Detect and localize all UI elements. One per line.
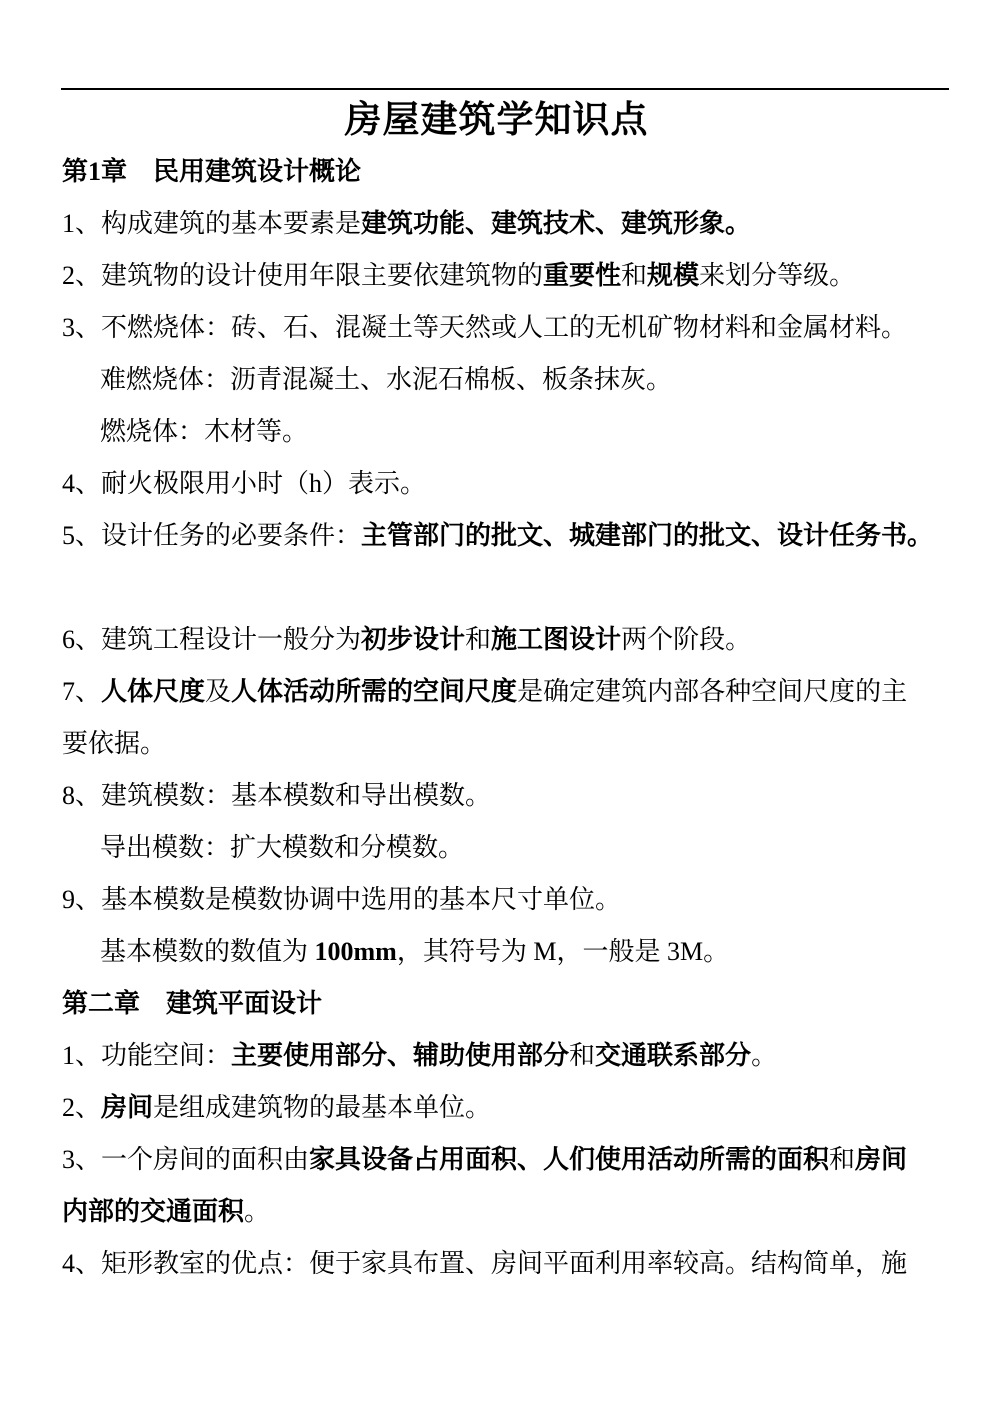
text-line: 燃烧体：木材等。 xyxy=(62,406,953,458)
text-line: 难燃烧体：沥青混凝土、水泥石棉板、板条抹灰。 xyxy=(62,354,953,406)
text-segment: ，其符号为 M，一般是 3M。 xyxy=(397,937,729,966)
text-segment: 建筑功能、建筑技术、建筑形象。 xyxy=(361,209,751,238)
text-segment: 第1章 民用建筑设计概论 xyxy=(62,157,361,186)
text-line: 1、构成建筑的基本要素是建筑功能、建筑技术、建筑形象。 xyxy=(62,198,953,250)
text-segment: 5、设计任务的必要条件： xyxy=(62,521,361,550)
text-segment: 8、建筑模数：基本模数和导出模数。 xyxy=(62,781,491,810)
text-segment: 3、一个房间的面积由 xyxy=(62,1145,309,1174)
text-line: 1、功能空间：主要使用部分、辅助使用部分和交通联系部分。 xyxy=(62,1030,953,1082)
text-segment: 燃烧体：木材等。 xyxy=(100,417,308,446)
document-page: 房屋建筑学知识点 第1章 民用建筑设计概论1、构成建筑的基本要素是建筑功能、建筑… xyxy=(0,0,993,1404)
text-line: 4、矩形教室的优点：便于家具布置、房间平面利用率较高。结构简单，施 xyxy=(62,1238,953,1290)
text-segment: 人体尺度 xyxy=(101,677,205,706)
text-line: 基本模数的数值为 100mm，其符号为 M，一般是 3M。 xyxy=(62,926,953,978)
text-segment: 4、耐火极限用小时（h）表示。 xyxy=(62,469,426,498)
text-segment: 和 xyxy=(829,1145,855,1174)
text-line: 2、建筑物的设计使用年限主要依建筑物的重要性和规模来划分等级。 xyxy=(62,250,953,302)
text-segment: 100mm xyxy=(315,937,397,966)
text-line: 3、不燃烧体：砖、石、混凝土等天然或人工的无机矿物材料和金属材料。 xyxy=(62,302,953,354)
text-line: 4、耐火极限用小时（h）表示。 xyxy=(62,458,953,510)
page-title: 房屋建筑学知识点 xyxy=(0,0,993,146)
text-line: 要依据。 xyxy=(62,718,953,770)
text-segment: 两个阶段。 xyxy=(621,625,751,654)
text-segment: 来划分等级。 xyxy=(699,261,855,290)
text-segment: 规模 xyxy=(647,261,699,290)
text-line: 5、设计任务的必要条件：主管部门的批文、城建部门的批文、设计任务书。 xyxy=(62,510,953,562)
text-segment: 基本模数的数值为 xyxy=(100,937,315,966)
text-segment: 导出模数：扩大模数和分模数。 xyxy=(100,833,464,862)
text-segment: 主管部门的批文、城建部门的批文、设计任务书。 xyxy=(361,521,933,550)
text-segment: 4、矩形教室的优点：便于家具布置、房间平面利用率较高。结构简单，施 xyxy=(62,1249,907,1278)
text-segment: 是组成建筑物的最基本单位。 xyxy=(153,1093,491,1122)
text-line: 2、房间是组成建筑物的最基本单位。 xyxy=(62,1082,953,1134)
text-segment: 。 xyxy=(244,1197,270,1226)
text-segment: 是确定建筑内部各种空间尺度的主 xyxy=(517,677,907,706)
text-segment: 难燃烧体：沥青混凝土、水泥石棉板、板条抹灰。 xyxy=(100,365,672,394)
text-segment: 人体活动所需的空间尺度 xyxy=(231,677,517,706)
chapter-heading: 第1章 民用建筑设计概论 xyxy=(62,146,953,198)
text-segment: 和 xyxy=(621,261,647,290)
text-segment: 2、 xyxy=(62,1093,101,1122)
text-line: 9、基本模数是模数协调中选用的基本尺寸单位。 xyxy=(62,874,953,926)
text-segment: 3、不燃烧体：砖、石、混凝土等天然或人工的无机矿物材料和金属材料。 xyxy=(62,313,907,342)
text-segment: 内部的交通面积 xyxy=(62,1197,244,1226)
text-line: 3、一个房间的面积由家具设备占用面积、人们使用活动所需的面积和房间 xyxy=(62,1134,953,1186)
text-segment: 及 xyxy=(205,677,231,706)
text-segment: 和 xyxy=(569,1041,595,1070)
text-segment: 2、建筑物的设计使用年限主要依建筑物的 xyxy=(62,261,543,290)
text-segment: 6、建筑工程设计一般分为 xyxy=(62,625,361,654)
text-segment: 主要使用部分、辅助使用部分 xyxy=(231,1041,569,1070)
text-segment: 第二章 建筑平面设计 xyxy=(62,989,322,1018)
text-segment: 重要性 xyxy=(543,261,621,290)
text-segment: 初步设计 xyxy=(361,625,465,654)
text-line: 7、人体尺度及人体活动所需的空间尺度是确定建筑内部各种空间尺度的主 xyxy=(62,666,953,718)
text-segment: 施工图设计 xyxy=(491,625,621,654)
text-line: 6、建筑工程设计一般分为初步设计和施工图设计两个阶段。 xyxy=(62,614,953,666)
blank-line xyxy=(62,562,953,614)
text-segment: 1、构成建筑的基本要素是 xyxy=(62,209,361,238)
text-segment: 7、 xyxy=(62,677,101,706)
text-segment: 房间 xyxy=(855,1145,907,1174)
text-segment: 和 xyxy=(465,625,491,654)
text-segment: 家具设备占用面积、人们使用活动所需的面积 xyxy=(309,1145,829,1174)
chapter-heading: 第二章 建筑平面设计 xyxy=(62,978,953,1030)
text-line: 8、建筑模数：基本模数和导出模数。 xyxy=(62,770,953,822)
text-line: 导出模数：扩大模数和分模数。 xyxy=(62,822,953,874)
text-segment: 9、基本模数是模数协调中选用的基本尺寸单位。 xyxy=(62,885,621,914)
text-line: 内部的交通面积。 xyxy=(62,1186,953,1238)
text-segment: 交通联系部分 xyxy=(595,1041,751,1070)
text-segment: 。 xyxy=(751,1041,777,1070)
text-segment: 1、功能空间： xyxy=(62,1041,231,1070)
text-segment: 要依据。 xyxy=(62,729,166,758)
text-segment: 房间 xyxy=(101,1093,153,1122)
header-rule xyxy=(61,88,949,90)
document-content: 第1章 民用建筑设计概论1、构成建筑的基本要素是建筑功能、建筑技术、建筑形象。2… xyxy=(0,146,993,1290)
